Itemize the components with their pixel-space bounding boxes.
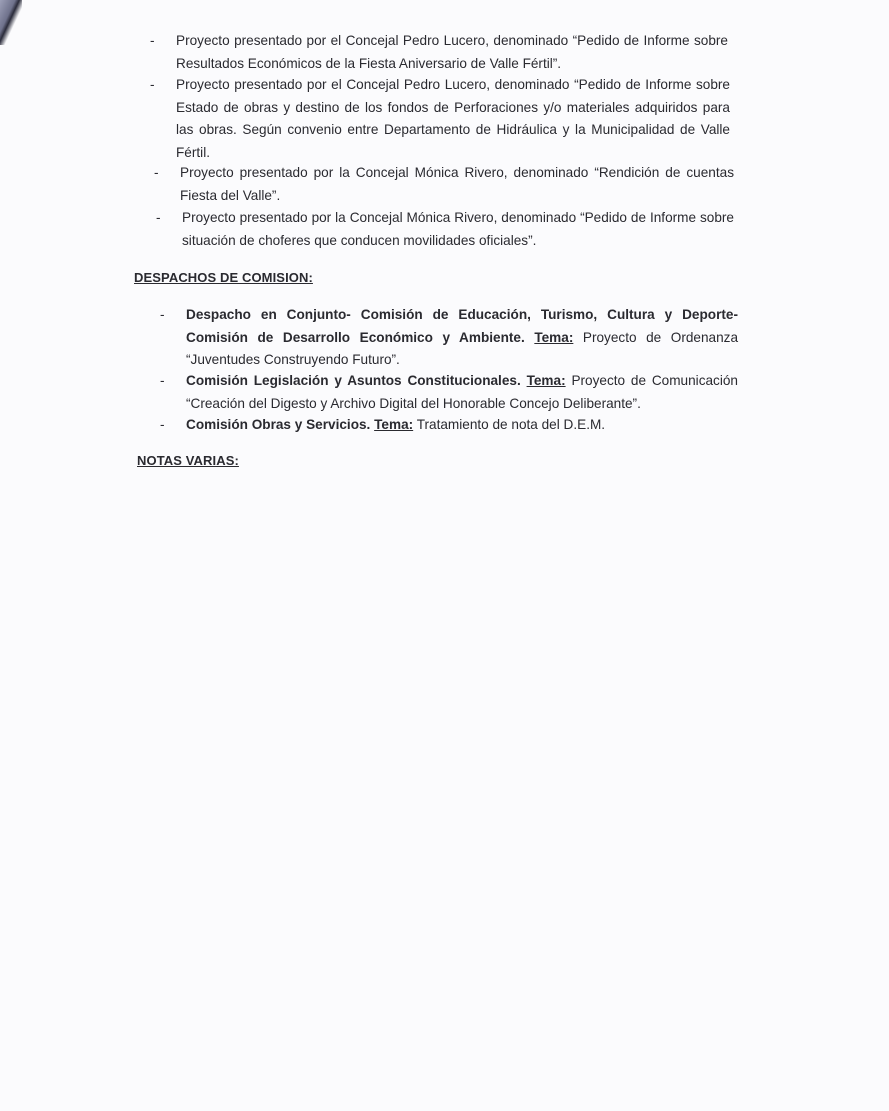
bullet-dash: -	[160, 304, 165, 327]
list-item: - Comisión Obras y Servicios. Tema: Trat…	[186, 414, 738, 437]
bullet-dash: -	[160, 414, 165, 437]
commission-name: Comisión Legislación y Asuntos Constituc…	[186, 373, 521, 388]
item-text: Proyecto presentado por la Concejal Móni…	[182, 210, 734, 248]
bullet-dash: -	[154, 162, 159, 185]
bullet-dash: -	[150, 74, 155, 97]
page-edge-shadow	[0, 0, 22, 45]
item-text: Tratamiento de nota del D.E.M.	[417, 417, 605, 432]
list-item: - Proyecto presentado por el Concejal Pe…	[176, 30, 728, 75]
list-item: - Despacho en Conjunto- Comisión de Educ…	[186, 304, 738, 372]
commission-name: Comisión Obras y Servicios.	[186, 417, 370, 432]
notas-varias-heading: NOTAS VARIAS:	[137, 453, 239, 468]
list-item: - Comisión Legislación y Asuntos Constit…	[186, 370, 738, 415]
item-text: Proyecto presentado por la Concejal Móni…	[180, 165, 734, 203]
bullet-dash: -	[150, 30, 155, 53]
tema-label: Tema:	[534, 330, 573, 345]
list-item: - Proyecto presentado por el Concejal Pe…	[176, 74, 730, 164]
list-item: - Proyecto presentado por la Concejal Mó…	[182, 207, 734, 252]
bullet-dash: -	[156, 207, 161, 230]
despachos-heading: DESPACHOS DE COMISION:	[134, 270, 313, 285]
tema-label: Tema:	[374, 417, 413, 432]
item-text: Proyecto presentado por el Concejal Pedr…	[176, 33, 728, 71]
bullet-dash: -	[160, 370, 165, 393]
tema-label: Tema:	[527, 373, 566, 388]
list-item: - Proyecto presentado por la Concejal Mó…	[180, 162, 734, 207]
item-text: Proyecto presentado por el Concejal Pedr…	[176, 77, 730, 160]
